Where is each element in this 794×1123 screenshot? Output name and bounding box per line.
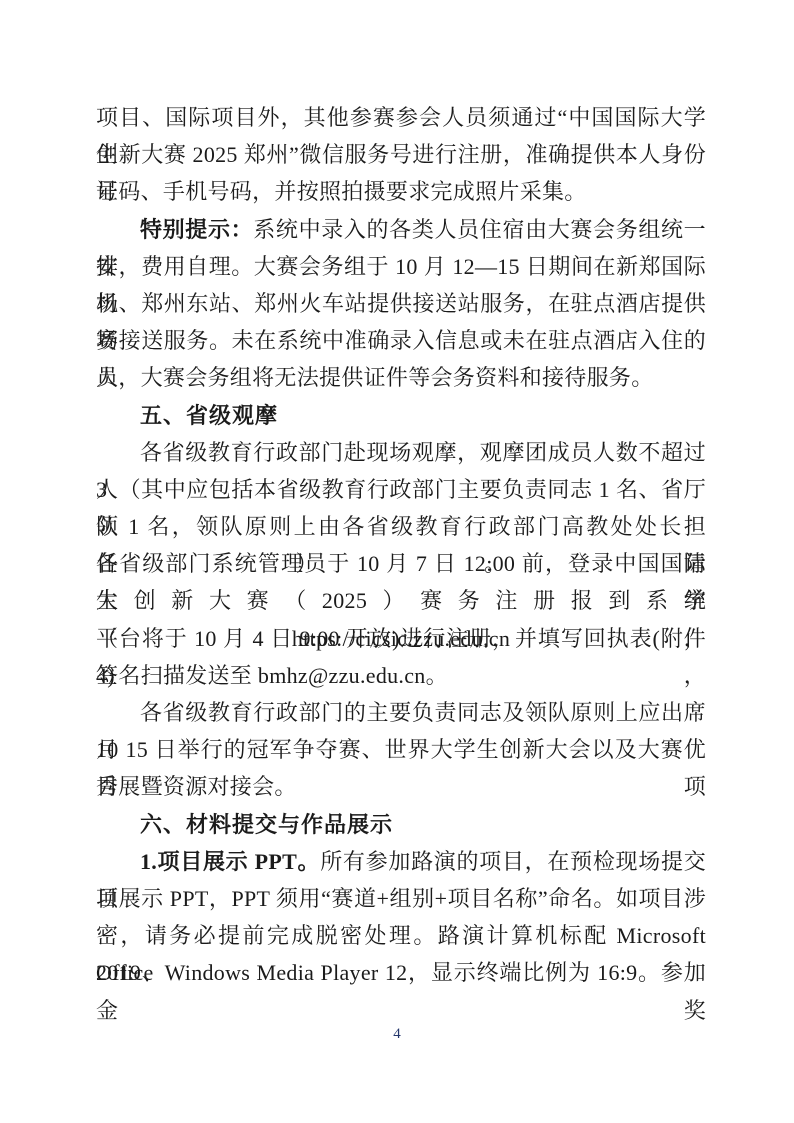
text-line: 队 1 名，领队原则上由各省级教育行政部门高教处处长担任）。请	[96, 508, 706, 545]
text-line: 项目、国际项目外，其他参赛参会人员须通过“中国国际大学生	[96, 99, 706, 136]
text-line: 生创新大赛（2025）赛务注册报到系统（https://cicsic.zzu.e…	[96, 582, 706, 619]
text-line: 目展示 PPT，PPT 须用“赛道+组别+项目名称”命名。如项目涉	[96, 880, 706, 917]
text-line: 场、郑州东站、郑州火车站提供接送站服务，在驻点酒店提供赛	[96, 285, 706, 322]
bold-text-segment: 五、省级观摩	[140, 403, 278, 428]
text-line: 员，大赛会务组将无法提供证件等会务资料和接待服务。	[96, 359, 706, 396]
text-line: 2019、Windows Media Player 12，显示终端比例为 16:…	[96, 954, 706, 991]
text-line: 各省级教育行政部门赴现场观摩，观摩团成员人数不超过 3	[96, 434, 706, 471]
text-segment: 签名扫描发送至 bmhz@zzu.edu.cn。	[96, 663, 448, 688]
text-line: 创新大赛 2025 郑州”微信服务号进行注册，准确提供本人身份证	[96, 136, 706, 173]
text-segment: 目展暨资源对接会。	[96, 774, 297, 799]
section-heading: 五、省级观摩	[96, 397, 706, 434]
bold-text-segment: 特别提示：	[140, 217, 253, 242]
bold-text-segment: 六、材料提交与作品展示	[140, 812, 393, 837]
text-line: 场接送服务。未在系统中准确录入信息或未在驻点酒店入住的人	[96, 322, 706, 359]
text-segment: 员，大赛会务组将无法提供证件等会务资料和接待服务。	[96, 365, 654, 390]
text-line: 密，请务必提前完成脱密处理。路演计算机标配 Microsoft Office	[96, 917, 706, 954]
text-line: 号码、手机号码，并按照拍摄要求完成照片采集。	[96, 173, 706, 210]
text-segment: 目展示 PPT，PPT 须用“赛道+组别+项目名称”命名。如项目涉	[96, 886, 706, 911]
section-heading: 六、材料提交与作品展示	[96, 806, 706, 843]
text-line: 月 15 日举行的冠军争夺赛、世界大学生创新大会以及大赛优秀项	[96, 731, 706, 768]
text-line: 各省级部门系统管理员于 10 月 7 日 12:00 前，登录中国国际大学	[96, 545, 706, 582]
page-number: 4	[0, 1024, 794, 1044]
text-line: 人（其中应包括本省级教育行政部门主要负责同志 1 名、省厅领	[96, 471, 706, 508]
text-line: 排，费用自理。大赛会务组于 10 月 12—15 日期间在新郑国际机	[96, 248, 706, 285]
text-segment: 号码、手机号码，并按照拍摄要求完成照片采集。	[96, 179, 587, 204]
bold-text-segment: 1.项目展示 PPT。	[140, 849, 320, 874]
text-line: 1.项目展示 PPT。所有参加路演的项目，在预检现场提交项	[96, 843, 706, 880]
text-line: 平台将于 10 月 4 日 9:00 开放)进行注册，并填写回执表(附件 4)，	[96, 620, 706, 657]
text-line: 特别提示：系统中录入的各类人员住宿由大赛会务组统一安	[96, 211, 706, 248]
document-body: 项目、国际项目外，其他参赛参会人员须通过“中国国际大学生创新大赛 2025 郑州…	[96, 99, 706, 992]
document-page: 项目、国际项目外，其他参赛参会人员须通过“中国国际大学生创新大赛 2025 郑州…	[0, 0, 794, 1123]
text-segment: 2019、Windows Media Player 12，显示终端比例为 16:…	[96, 960, 706, 1022]
text-line: 各省级教育行政部门的主要负责同志及领队原则上应出席 10	[96, 694, 706, 731]
